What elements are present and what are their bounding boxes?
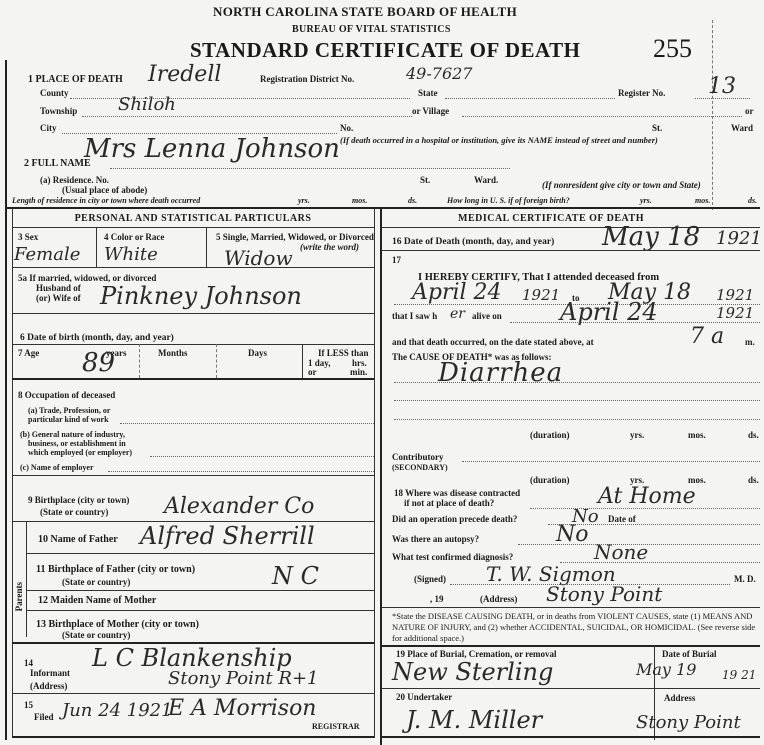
death-occurred-label: and that death occurred, on the date sta… (392, 337, 594, 347)
occupation-label: 8 Occupation of deceased (18, 390, 115, 400)
residence-ds-label: ds. (408, 196, 417, 205)
physician-address-label: (Address) (480, 594, 517, 604)
or-label-age: or (308, 367, 317, 377)
divider (26, 521, 27, 637)
cause-of-death-value[interactable]: Diarrhea (438, 358, 563, 388)
fold-line (712, 20, 713, 210)
duration-mos-label: mos. (688, 430, 706, 440)
column-divider (380, 208, 382, 745)
informant-number: 14 (24, 658, 33, 668)
bureau-header: BUREAU OF VITAL STATISTICS (292, 24, 451, 35)
birthplace-value[interactable]: Alexander Co (164, 494, 314, 519)
contracted-value[interactable]: At Home (598, 484, 696, 509)
mother-birthplace-label: 13 Birthplace of Mother (city or town) (36, 619, 199, 630)
days-label: Days (248, 348, 267, 358)
divider (12, 267, 374, 268)
us-ds-label: ds. (748, 196, 757, 205)
occupation-b-label-2: business, or establishment in (28, 439, 126, 448)
divider (382, 645, 760, 647)
state-board-header: NORTH CAROLINA STATE BOARD OF HEALTH (213, 4, 517, 20)
township-label: Township (40, 106, 77, 116)
informant-label: Informant (30, 668, 70, 678)
residence-st-label: St. (420, 175, 430, 185)
undertaker-label: 20 Undertaker (396, 692, 452, 702)
min-label: min. (350, 367, 367, 377)
residence-yrs-label: yrs. (298, 196, 310, 205)
certificate-year-label: , 19 (430, 594, 444, 604)
less-than-label: If LESS than (318, 348, 369, 358)
physician-address-value[interactable]: Stony Point (546, 582, 662, 606)
contributory-label: Contributory (392, 452, 444, 462)
village-line (462, 116, 742, 117)
residence-label: (a) Residence. No. (40, 175, 109, 185)
registrar-signature[interactable]: E A Morrison (168, 696, 316, 721)
birthplace-label: 9 Birthplace (city or town) (28, 495, 129, 505)
divider (12, 475, 374, 476)
contributory-duration-label: (duration) (530, 475, 570, 485)
item-17: 17 (392, 255, 401, 265)
marital-label: 5 Single, Married, Widowed, or Divorced (216, 232, 374, 242)
contributory-line (462, 461, 760, 462)
occupation-b-label-1: (b) General nature of industry, (20, 430, 125, 439)
divider (12, 344, 374, 345)
undertaker-value[interactable]: J. M. Miller (406, 706, 542, 734)
mother-birthplace-sub-label: (State or country) (62, 630, 130, 640)
page-title: STANDARD CERTIFICATE OF DEATH (190, 38, 580, 63)
contracted-line (530, 508, 760, 509)
father-birthplace-value[interactable]: N C (272, 562, 319, 590)
duration-yrs-label: yrs. (630, 430, 644, 440)
full-name-value[interactable]: Mrs Lenna Johnson (84, 134, 340, 164)
informant-address-label: (Address) (30, 681, 67, 691)
residence-ward-label: Ward. (474, 175, 498, 185)
us-yrs-label: yrs. (640, 196, 652, 205)
divider (12, 378, 374, 380)
or-label: or (745, 106, 754, 116)
registration-district-label: Registration District No. (260, 74, 354, 84)
attended-from-year[interactable]: 1921 (522, 286, 560, 304)
parents-label: Parents (14, 582, 24, 611)
residence-sub-label: (Usual place of abode) (62, 185, 147, 195)
ward-label: Ward (731, 123, 753, 133)
duration-ds-label: ds. (748, 430, 759, 440)
father-value[interactable]: Alfred Sherrill (140, 522, 315, 550)
divider (12, 693, 374, 694)
divider (382, 688, 760, 689)
age-years-value[interactable]: 89 (82, 348, 115, 378)
saw-alive-pronoun[interactable]: er (450, 306, 465, 322)
spouse-label-3: (or) Wife of (36, 293, 81, 303)
county-label: County (40, 88, 69, 98)
divider (26, 590, 374, 591)
contracted-label-2: if not at place of death? (404, 498, 494, 508)
hospital-note: (If death occurred in a hospital or inst… (340, 135, 658, 145)
occupation-b-label-3: which employed (or employer) (28, 448, 132, 457)
cause-footnote: *State the DISEASE CAUSING DEATH, or in … (392, 611, 758, 644)
personal-section-title: PERSONAL AND STATISTICAL PARTICULARS (14, 213, 372, 224)
nonresident-note: (If nonresident give city or town and St… (542, 180, 701, 190)
divider (12, 736, 374, 738)
divider (216, 344, 217, 378)
divider (382, 736, 760, 738)
attended-to-year[interactable]: 1921 (716, 286, 754, 304)
autopsy-label: Was there an autopsy? (392, 534, 479, 544)
divider (382, 227, 760, 228)
sex-label: 3 Sex (18, 232, 38, 242)
township-line (82, 116, 412, 117)
divider (96, 227, 97, 267)
divider (302, 344, 303, 378)
register-no-line (695, 98, 750, 99)
cause-line-2 (394, 400, 760, 401)
saw-alive-label: that I saw h (392, 311, 437, 321)
st-label: St. (652, 123, 662, 133)
father-label: 10 Name of Father (38, 534, 118, 545)
divider (139, 344, 140, 378)
registration-district-value[interactable]: 49-7627 (406, 64, 472, 83)
left-inner-border (12, 208, 13, 738)
color-label: 4 Color or Race (104, 232, 164, 242)
time-of-death-value[interactable]: 7 a (690, 324, 724, 349)
us-residence-label: How long in U. S. if of foreign birth? (447, 196, 570, 205)
saw-alive-year[interactable]: 1921 (716, 304, 754, 322)
state-label: State (418, 88, 438, 98)
occupation-c-line (108, 471, 374, 472)
marital-sub-label: (write the word) (300, 242, 359, 252)
burial-place-value[interactable]: New Sterling (392, 658, 553, 686)
father-birthplace-label: 11 Birthplace of Father (city or town) (36, 564, 195, 575)
occupation-b-line (150, 456, 374, 457)
signed-label: (Signed) (414, 574, 446, 584)
contributory-ds-label: ds. (748, 475, 759, 485)
register-no-value[interactable]: 13 (708, 74, 736, 99)
duration-label: (duration) (530, 430, 570, 440)
occupation-a-label-2: particular kind of work (28, 415, 109, 424)
date-of-burial-label: Date of Burial (662, 649, 717, 659)
occupation-c-label: (c) Name of employer (20, 463, 94, 472)
birthplace-sub-label: (State or country) (40, 507, 108, 517)
section-divider (5, 207, 760, 209)
color-value[interactable]: White (104, 244, 158, 265)
am-pm-label: m. (745, 337, 755, 347)
cause-line-1 (394, 382, 760, 383)
date-of-death-value[interactable]: May 18 (602, 222, 700, 252)
dob-label: 6 Date of birth (month, day, and year) (20, 333, 174, 343)
certificate-number: 255 (653, 34, 692, 64)
contracted-label-1: 18 Where was disease contracted (394, 488, 520, 498)
spouse-value[interactable]: Pinkney Johnson (100, 282, 302, 310)
operation-label: Did an operation precede death? (392, 514, 517, 524)
state-line (445, 98, 615, 99)
left-col-right-border (374, 208, 375, 738)
divider (12, 227, 374, 228)
test-value[interactable]: None (594, 540, 648, 564)
full-name-label: 2 FULL NAME (24, 158, 91, 169)
filed-number: 15 (24, 700, 33, 710)
cause-line-3 (394, 419, 760, 420)
register-no-label: Register No. (618, 88, 665, 98)
spouse-label-2: Husband of (36, 283, 81, 293)
age-label: 7 Age (18, 348, 39, 358)
date-of-death-year[interactable]: 1921 (716, 228, 762, 249)
alive-on-label: alive on (472, 311, 502, 321)
mother-label: 12 Maiden Name of Mother (38, 595, 156, 606)
us-mos-label: mos. (695, 196, 710, 205)
father-birthplace-sub-label: (State or country) (62, 577, 130, 587)
divider (382, 250, 760, 251)
divider (206, 227, 207, 267)
length-of-residence-label: Length of residence in city or town wher… (12, 196, 200, 205)
months-label: Months (158, 348, 188, 358)
divider (382, 607, 760, 608)
test-label: What test confirmed diagnosis? (392, 552, 513, 562)
no-label: No. (340, 123, 353, 133)
township-value[interactable]: Shiloh (118, 94, 176, 115)
occupation-a-label-1: (a) Trade, Profession, or (28, 406, 110, 415)
residence-mos-label: mos. (352, 196, 367, 205)
informant-address-value[interactable]: Stony Point R+1 (168, 668, 319, 689)
county-value[interactable]: Iredell (148, 62, 221, 87)
occupation-a-line (120, 423, 374, 424)
undertaker-address-value[interactable]: Stony Point (636, 712, 741, 733)
filed-label: Filed (34, 712, 54, 722)
full-name-line (110, 168, 510, 169)
undertaker-address-label: Address (664, 693, 695, 703)
date-of-burial-year[interactable]: 19 21 (722, 668, 756, 682)
sex-value[interactable]: Female (14, 244, 80, 265)
place-of-death-label: 1 PLACE OF DEATH (28, 74, 123, 85)
village-label: or Village (412, 106, 449, 116)
city-label: City (40, 123, 57, 133)
left-border (5, 60, 7, 740)
attended-from-value[interactable]: April 24 (412, 280, 502, 305)
registrar-label: REGISTRAR (312, 722, 360, 731)
divider (26, 553, 374, 554)
date-of-death-label: 16 Date of Death (month, day, and year) (392, 237, 554, 247)
divider (12, 313, 374, 314)
divider (26, 610, 374, 611)
saw-alive-line (510, 322, 760, 323)
md-label: M. D. (734, 574, 756, 584)
filed-date-value[interactable]: Jun 24 1921 (62, 700, 173, 721)
date-of-burial-value[interactable]: May 19 (636, 660, 696, 679)
operation-date-label: Date of (608, 514, 636, 524)
secondary-label: (SECONDARY) (392, 463, 448, 472)
